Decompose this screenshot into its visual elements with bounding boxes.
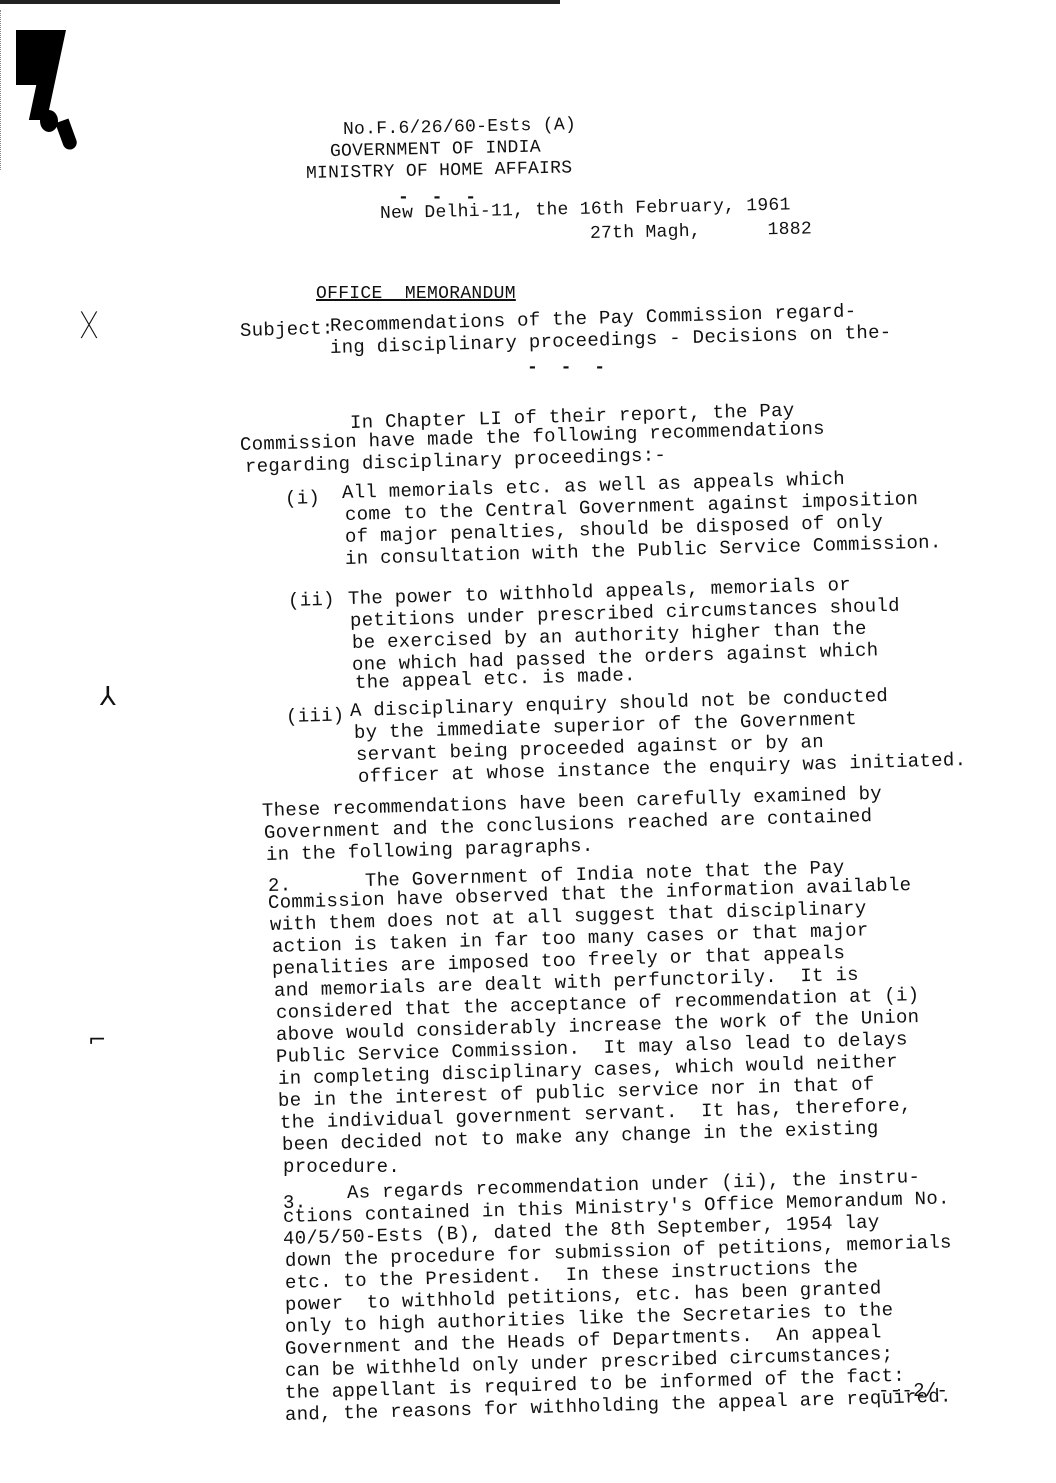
government-heading: GOVERNMENT OF INDIA <box>330 138 541 162</box>
recommendation-number: (i) <box>285 487 321 510</box>
document-page: ᚷ ⅄ ⌐ No.F.6/26/60-Ests (A) GOVERNMENT O… <box>0 0 1056 1483</box>
document-title: OFFICE MEMORANDUM <box>316 284 516 304</box>
separator: - - - <box>527 358 611 378</box>
margin-tick-icon: ⅄ <box>100 682 116 712</box>
recommendation-number: (iii) <box>286 704 345 728</box>
date-line-2: 27th Magh, 1882 <box>590 219 812 244</box>
scan-edge <box>0 0 560 4</box>
paragraph-line: procedure. <box>283 1156 400 1178</box>
margin-tick-icon: ᚷ <box>80 308 98 343</box>
scan-edge-left <box>0 10 3 170</box>
page-continuation: ---2/- <box>878 1380 948 1402</box>
file-number: No.F.6/26/60-Ests (A) <box>343 115 577 140</box>
ministry-heading: MINISTRY OF HOME AFFAIRS <box>306 158 573 184</box>
punch-hole-mark <box>55 119 78 152</box>
punch-hole-dot <box>40 110 58 132</box>
subject-label: Subject: <box>240 317 334 342</box>
margin-tick-icon: ⌐ <box>88 1028 106 1053</box>
recommendation-number: (ii) <box>288 589 335 612</box>
